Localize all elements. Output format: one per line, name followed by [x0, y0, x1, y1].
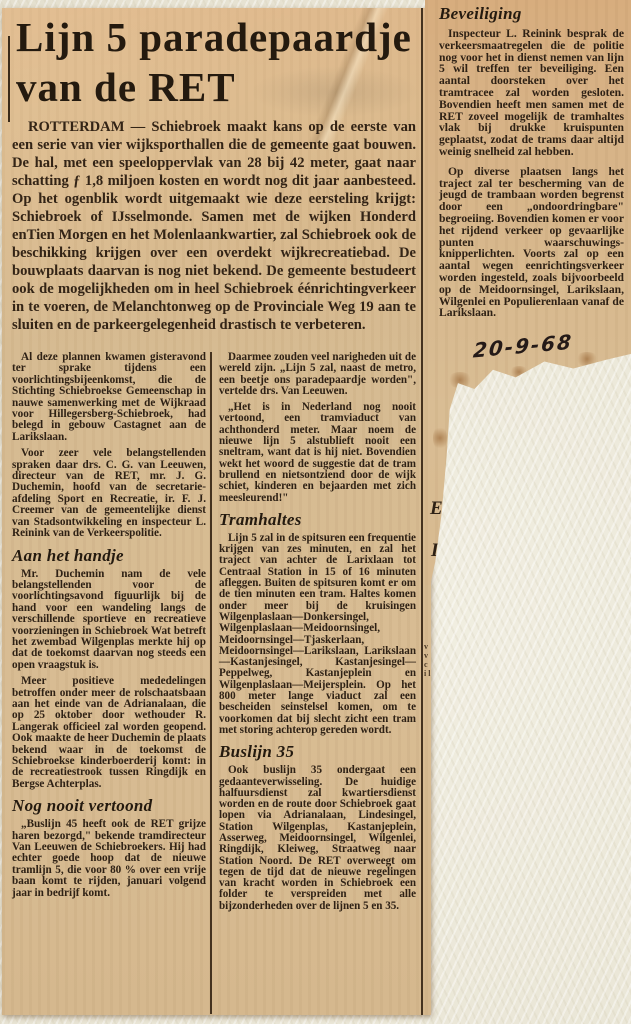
article-headline: Lijn 5 paradepaardjevan de RET — [16, 12, 416, 112]
section-heading-tramhaltes: Tramhaltes — [219, 511, 416, 529]
paragraph: Op diverse plaatsen langs het traject za… — [439, 166, 624, 319]
paragraph: Meer positieve mededelingen betroffen on… — [12, 676, 206, 790]
section-heading-beveiliging: Beveiliging — [439, 5, 624, 23]
handwritten-date: 20-9-68 — [472, 329, 574, 362]
paragraph: Al deze plannen kwamen gisteravond ter s… — [12, 352, 206, 443]
paragraph: Lijn 5 zal in de spitsuren een frequenti… — [219, 533, 416, 736]
torn-letter-fragment: I — [431, 540, 438, 562]
paragraph: „Buslijn 45 heeft ook de RET grijze hare… — [12, 819, 206, 899]
paragraph: Voor zeer vele belangstellenden spraken … — [12, 448, 206, 539]
paragraph: Mr. Duchemin nam de vele belangstellende… — [12, 569, 206, 672]
newspaper-clipping-main: Lijn 5 paradepaardjevan de RET ROTTERDAM… — [2, 8, 431, 1015]
torn-edge-text-fragments: v v c i l — [424, 642, 431, 678]
paragraph: Daarmee zouden veel narigheden uit de we… — [219, 352, 416, 397]
section-heading-buslijn-35: Buslijn 35 — [219, 743, 416, 761]
tear-stain — [575, 352, 599, 366]
headline-line-1: Lijn 5 paradepaardje — [16, 12, 416, 62]
section-heading-aan-het-handje: Aan het handje — [12, 547, 206, 565]
tear-stain — [447, 372, 473, 388]
column-left: Al deze plannen kwamen gisteravond ter s… — [12, 352, 206, 904]
headline-line-2: van de RET — [16, 62, 416, 112]
tear-stain — [509, 366, 529, 378]
column-right: Beveiliging Inspecteur L. Reinink bespra… — [425, 0, 631, 319]
intro-paragraph: ROTTERDAM — Schiebroek maakt kans op de … — [12, 118, 416, 334]
section-heading-nog-nooit-vertoond: Nog nooit vertoond — [12, 797, 206, 815]
tear-stain — [433, 425, 447, 451]
paragraph: Inspecteur L. Reinink besprak de verkeer… — [439, 28, 624, 158]
column-middle: Daarmee zouden veel narigheden uit de we… — [219, 352, 416, 917]
paragraph: Ook buslijn 35 ondergaat een gedaantever… — [219, 765, 416, 912]
clipping-right-rule — [421, 8, 423, 1015]
newspaper-clipping-right: Beveiliging Inspecteur L. Reinink bespra… — [425, 0, 631, 585]
column-divider-rule — [210, 352, 212, 1014]
torn-letter-fragment: E — [430, 498, 443, 520]
headline-left-rule — [8, 36, 10, 122]
bold-quote-paragraph: „Het is in Nederland nog nooit vertoond,… — [219, 402, 416, 504]
